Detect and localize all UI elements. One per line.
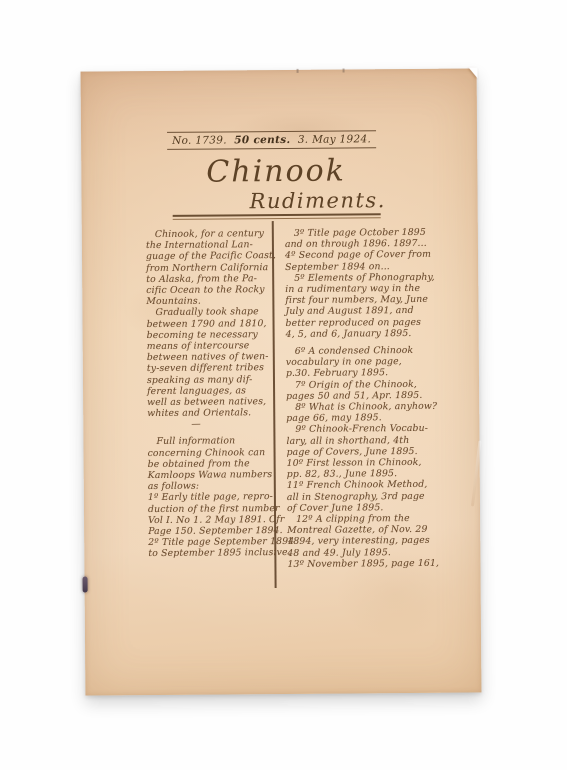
text-line: 7º Origin of the Chinook, [286, 378, 430, 390]
text-line: all in Stenography, 3rd page [287, 490, 431, 502]
text-line: 1894, very interesting, pages [287, 535, 431, 547]
issue-header: No. 1739. 50 cents. 3. May 1924. [167, 130, 376, 150]
text-line: to September 1895 inclusive. [148, 548, 274, 560]
text-line: becoming te necessary [147, 329, 273, 341]
text-line: 8º What is Chinook, anyhow? [286, 401, 430, 413]
text-line: guage of the Pacific Coast, [146, 250, 272, 262]
text-line: 4º Second page of Cover from [285, 249, 429, 261]
text-line: 13º November 1895, page 161, [287, 558, 431, 570]
text-line: well as between natives, [147, 396, 273, 408]
text-line: Chinook, for a century [146, 228, 272, 240]
text-line: ty-seven different tribes [147, 363, 273, 375]
text-line: 1º Early title page, repro- [148, 492, 274, 504]
text-line: 6º A condensed Chinook [286, 345, 430, 357]
text-line: 11º French Chinook Method, [287, 479, 431, 491]
left-column: Chinook, for a centurythe International … [146, 228, 275, 560]
text-line: cific Ocean to the Rocky [146, 284, 272, 296]
paper-crease [471, 441, 482, 507]
text-line: between 1790 and 1810, [146, 318, 272, 330]
title-underline-rule [173, 213, 381, 220]
issue-date: 3. May 1924. [298, 133, 371, 146]
page-title: Chinook [206, 153, 346, 189]
edge-notch [343, 68, 345, 72]
text-line: — [147, 420, 273, 431]
text-line: better reproduced on pages [285, 316, 429, 328]
text-line: duction of the first number [148, 503, 274, 515]
text-line: lary, all in shorthand, 4th [286, 434, 430, 446]
edge-notch [297, 69, 299, 73]
text-line: Gradually took shape [146, 306, 272, 318]
text-line: 10º First lesson in Chinook, [287, 457, 431, 469]
text-line: 9º Chinook-French Vocabu- [286, 423, 430, 435]
text-line: 4, 5, and 6, January 1895. [286, 328, 430, 340]
corner-fold [469, 67, 478, 78]
text-line: Kamloops Wawa numbers [148, 469, 274, 481]
right-column: 3º Title page October 1895and on through… [285, 227, 432, 570]
issue-number: No. 1739. [172, 134, 227, 146]
text-line: whites and Orientals. [147, 407, 273, 419]
text-line: concerning Chinook can [148, 447, 274, 459]
document-page: No. 1739. 50 cents. 3. May 1924. Chinook… [81, 68, 482, 695]
price-label: 50 cents. [234, 134, 290, 146]
binding-staple-mark [83, 577, 88, 593]
text-line: July and August 1891, and [285, 305, 429, 317]
text-line: from Northern California [146, 262, 272, 274]
page-subtitle: Rudiments. [249, 188, 385, 213]
